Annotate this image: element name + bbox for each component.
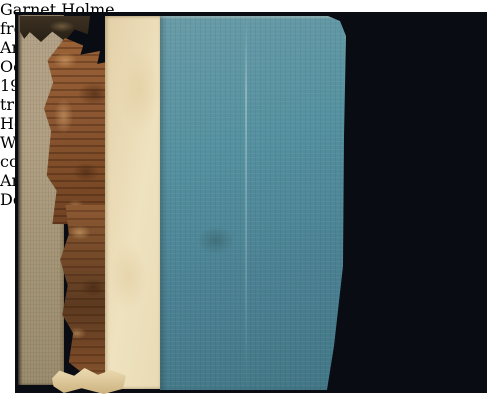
book-photograph: Garnet Holme from Arthur Machen Oct 20th… <box>0 0 500 414</box>
cover-crease-line <box>245 16 247 390</box>
spine-paper-panel <box>105 16 163 389</box>
book-front-cover <box>160 16 346 390</box>
